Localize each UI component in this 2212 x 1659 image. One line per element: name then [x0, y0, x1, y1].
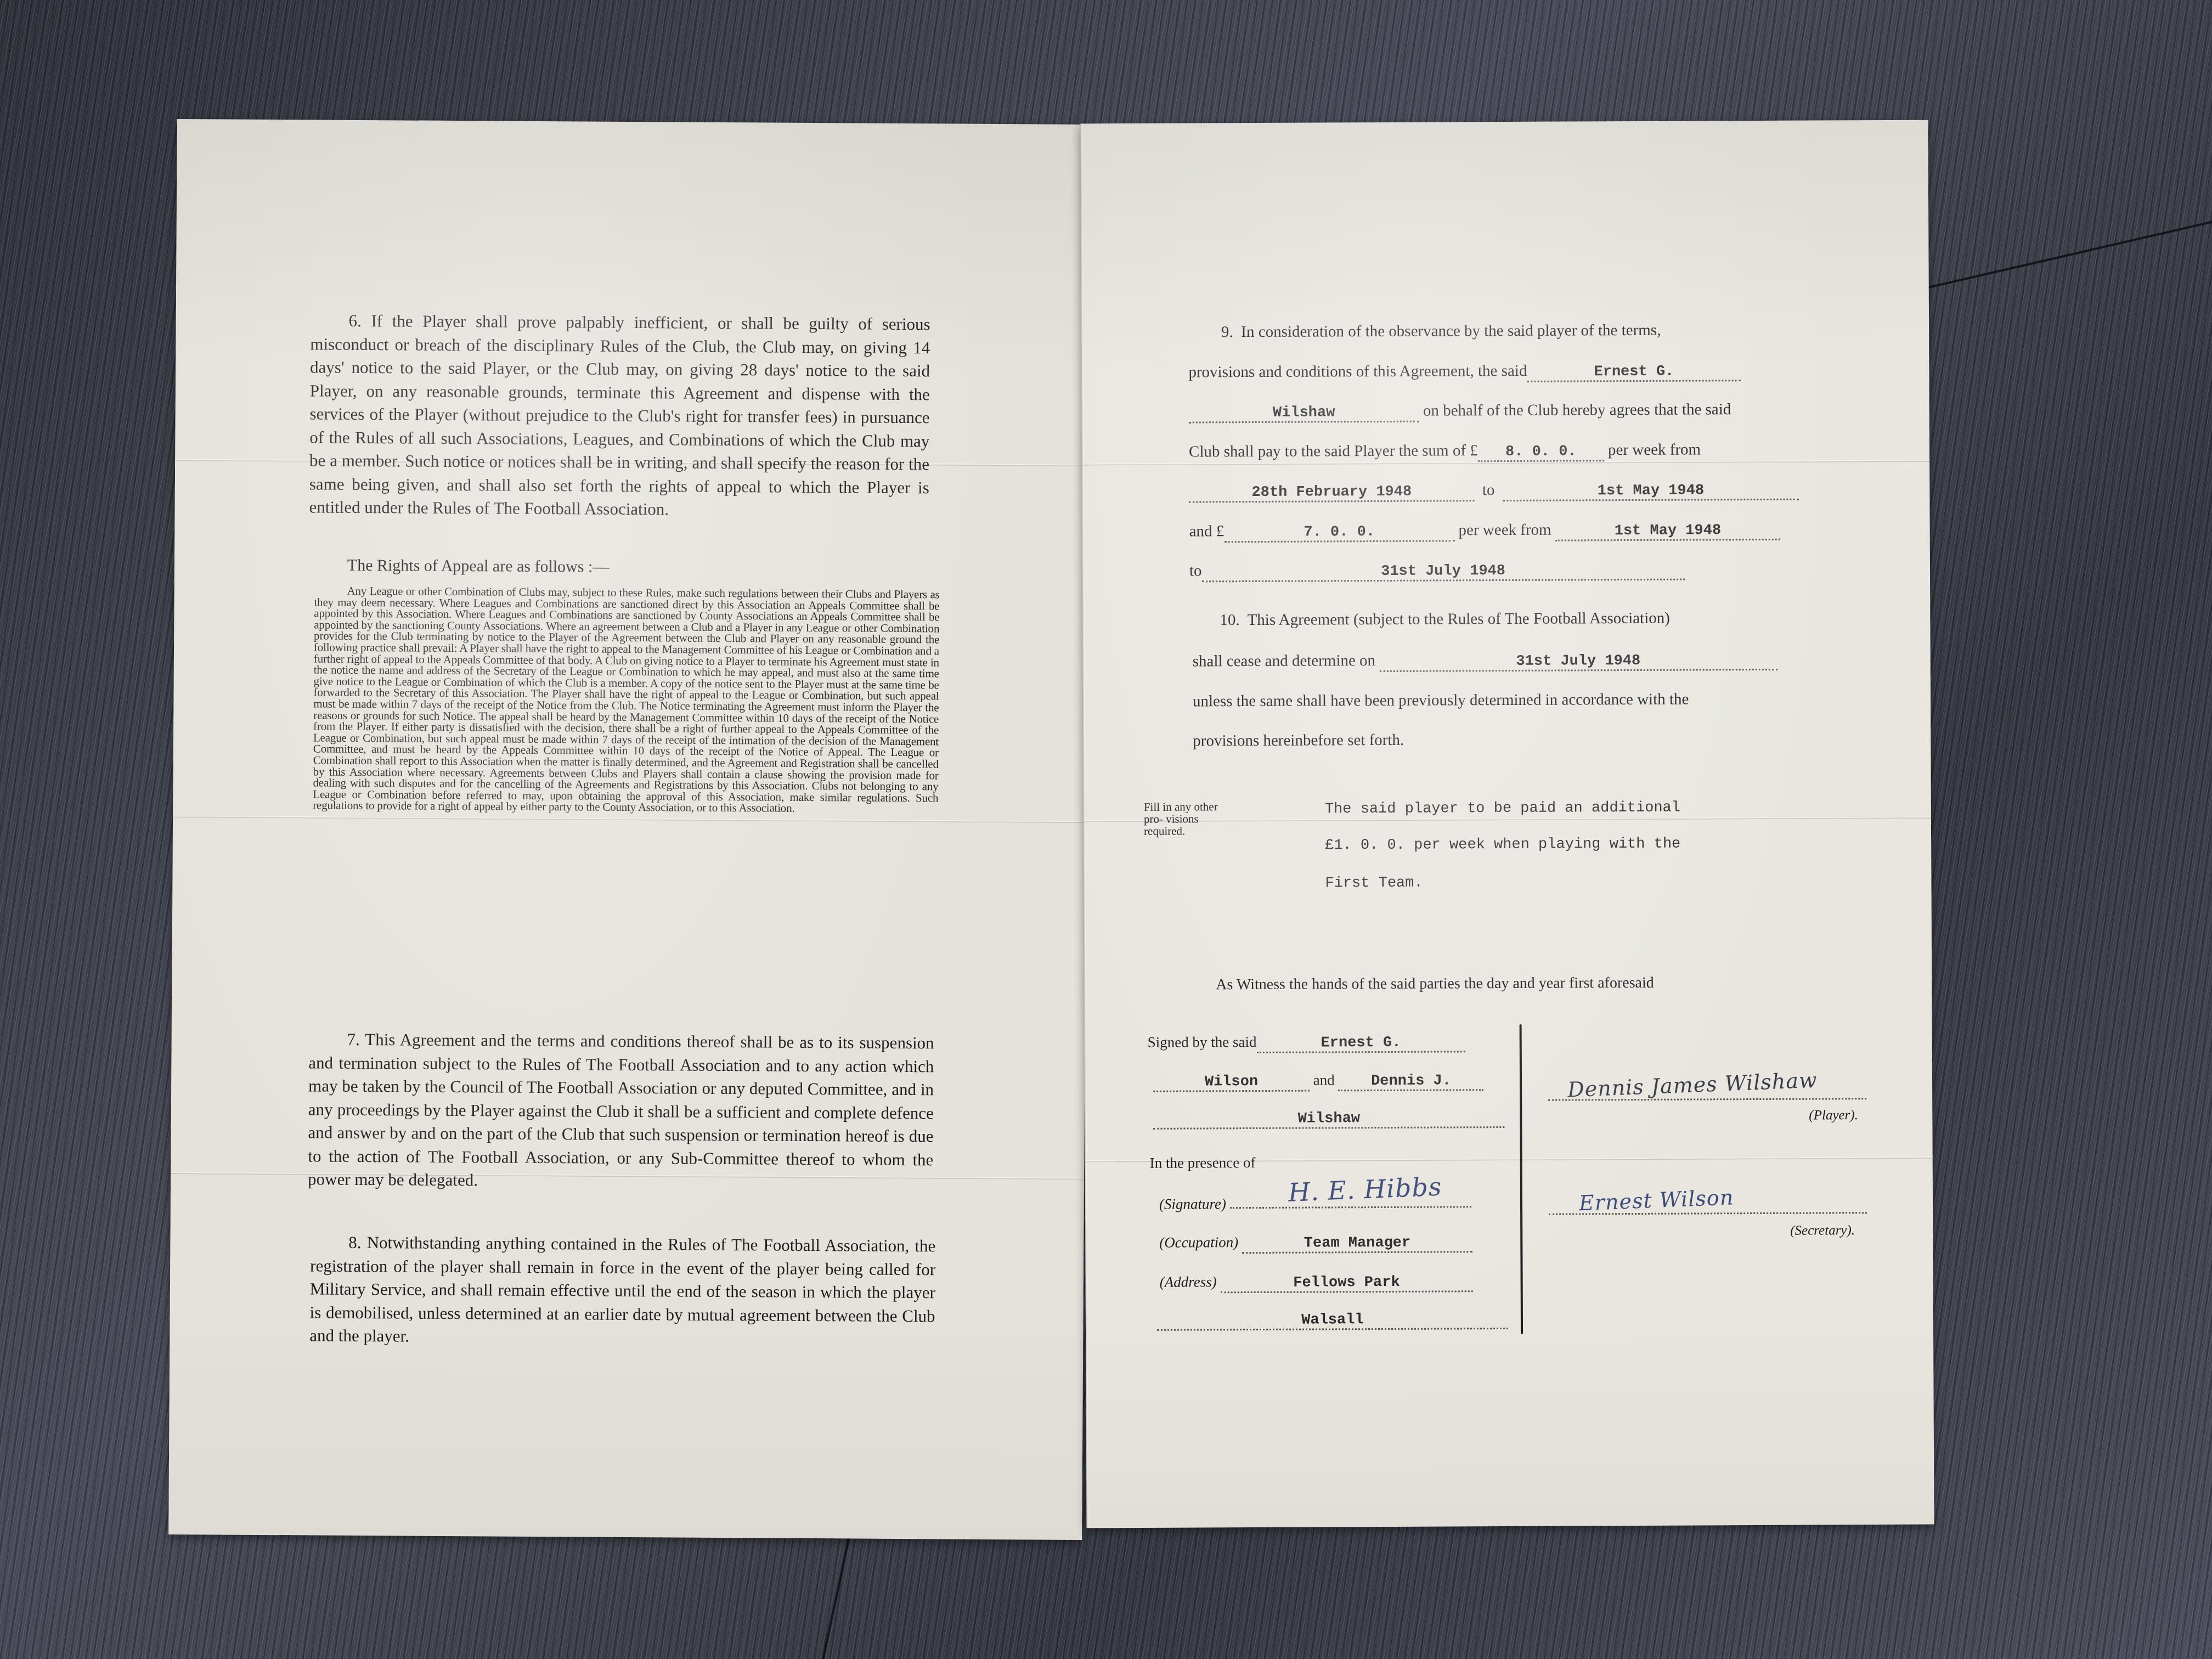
occupation-label: (Occupation) [1159, 1234, 1238, 1251]
address-line-2: Walsall [1157, 1310, 1508, 1331]
period-1-from-date: 28th February 1948 [1251, 484, 1412, 501]
wage-2-value: 7. 0. 0. [1304, 524, 1375, 541]
end-date-field: 31st July 1948 [1379, 650, 1777, 672]
witness-signature-field [1230, 1206, 1471, 1209]
clause-7: 7. This Agreement and the terms and cond… [308, 1028, 934, 1194]
club-rep-last-name: Wilshaw [1273, 404, 1335, 421]
signature-label: (Signature) [1159, 1195, 1226, 1212]
signatories-line: Wilson and Dennis J. [1153, 1071, 1484, 1092]
player-role-label: (Player). [1809, 1108, 1858, 1123]
clause-6: 6. If the Player shall prove palpably in… [309, 309, 930, 522]
floor-plank-seam [1909, 205, 2212, 293]
occupation-line: (Occupation) Team Manager [1159, 1233, 1472, 1254]
witness-signature: H. E. Hibbs [1288, 1172, 1442, 1207]
rights-of-appeal-text: Any League or other Combination of Clubs… [313, 585, 939, 815]
clause-9-text: on behalf of the Club hereby agrees that… [1423, 400, 1731, 419]
clause-9-line-2: provisions and conditions of this Agreem… [1188, 361, 1741, 383]
occupation-value: Team Manager [1304, 1235, 1411, 1252]
clause-10-line-4: provisions hereinbefore set forth. [1193, 731, 1404, 751]
other-provisions-line-1: The said player to be paid an additional [1325, 800, 1680, 818]
clause-9-line-4: Club shall pay to the said Player the su… [1189, 441, 1701, 463]
clause-9-text: to [1482, 481, 1495, 499]
address-line-2-value: Walsall [1301, 1312, 1364, 1328]
clause-8-text: Notwithstanding anything contained in th… [309, 1233, 935, 1345]
secretary-signature: Ernest Wilson [1578, 1185, 1734, 1215]
signing-bracket [1520, 1024, 1523, 1334]
clause-10-line-3: unless the same shall have been previous… [1193, 691, 1689, 711]
clause-9-text: per week from [1608, 441, 1701, 459]
clause-8: 8. Notwithstanding anything contained in… [309, 1231, 935, 1351]
and-label: and [1313, 1071, 1335, 1088]
clause-7-text: This Agreement and the terms and conditi… [308, 1030, 934, 1189]
clause-10-number: 10. [1220, 611, 1239, 629]
presence-label: In the presence of [1150, 1154, 1256, 1172]
period-1-to-date: 1st May 1948 [1598, 482, 1705, 499]
period-1-from-field: 28th February 1948 [1189, 481, 1474, 503]
club-rep-first-field: Ernest G. [1527, 361, 1741, 382]
address-field-2: Walsall [1157, 1310, 1508, 1331]
wage-1-field: 8. 0. 0. [1478, 441, 1604, 462]
signatory-2-last-field: Wilshaw [1153, 1108, 1504, 1130]
document-page-right: 9. In consideration of the observance by… [1080, 120, 1934, 1528]
clause-9-number: 9. [1221, 323, 1233, 341]
club-rep-last-field: Wilshaw [1189, 402, 1419, 424]
signed-by-label: Signed by the said [1148, 1034, 1257, 1051]
wage-1-value: 8. 0. 0. [1505, 443, 1577, 460]
other-provisions-label: Fill in any other pro- visions required. [1144, 800, 1221, 837]
other-provisions-line-2: £1. 0. 0. per week when playing with the [1325, 836, 1680, 854]
signatory-2-first-name: Dennis J. [1371, 1073, 1451, 1090]
signatory-2-last-name: Wilshaw [1298, 1110, 1361, 1127]
clause-9-line-3: Wilshaw on behalf of the Club hereby agr… [1189, 400, 1731, 423]
wage-2-field: 7. 0. 0. [1224, 521, 1454, 543]
clause-6-number: 6. [349, 311, 362, 330]
clause-9-line-7: to31st July 1948 [1189, 560, 1685, 583]
fold-crease [173, 816, 1086, 823]
clause-9-text: to [1189, 562, 1202, 579]
period-2-from-field: 1st May 1948 [1555, 520, 1780, 541]
clause-10-text: This Agreement (subject to the Rules of … [1248, 610, 1670, 629]
clause-9-text: In consideration of the observance by th… [1241, 321, 1661, 341]
signatory-1-last-field: Wilson [1153, 1072, 1310, 1092]
document-page-left: 6. If the Player shall prove palpably in… [168, 119, 1091, 1540]
witness-line: As Witness the hands of the said parties… [1216, 974, 1654, 994]
signatory-1-last-name: Wilson [1205, 1074, 1258, 1090]
address-line-1-value: Fellows Park [1293, 1274, 1400, 1291]
clause-9-line-1: 9. In consideration of the observance by… [1221, 321, 1661, 341]
secretary-role-label: (Secretary). [1790, 1223, 1855, 1239]
end-date-value: 31st July 1948 [1516, 653, 1640, 670]
period-2-to-date: 31st July 1948 [1381, 563, 1505, 580]
period-2-from-date: 1st May 1948 [1615, 522, 1722, 539]
clause-8-number: 8. [348, 1233, 361, 1252]
signatory-1-first-field: Ernest G. [1256, 1032, 1465, 1053]
rights-of-appeal-heading: The Rights of Appeal are as follows :— [347, 556, 610, 577]
clause-9-text: provisions and conditions of this Agreem… [1188, 362, 1527, 381]
clause-6-text: If the Player shall prove palpably ineff… [309, 311, 930, 518]
period-1-to-field: 1st May 1948 [1503, 480, 1799, 501]
clause-10-text: shall cease and determine on [1193, 652, 1375, 670]
occupation-field: Team Manager [1242, 1233, 1472, 1254]
clause-9-text: and £ [1189, 522, 1224, 540]
clause-7-number: 7. [347, 1030, 360, 1049]
address-line-1: (Address) Fellows Park [1160, 1272, 1473, 1293]
address-field-1: Fellows Park [1220, 1272, 1472, 1293]
address-label: (Address) [1160, 1273, 1217, 1290]
period-2-to-field: 31st July 1948 [1201, 560, 1684, 583]
signatory-2-first-field: Dennis J. [1338, 1071, 1483, 1091]
signatory-1-first-name: Ernest G. [1321, 1035, 1401, 1052]
clause-9-line-5: 28th February 1948 to 1st May 1948 [1189, 480, 1799, 503]
clause-9-text: per week from [1458, 521, 1551, 539]
clause-9-text: Club shall pay to the said Player the su… [1189, 442, 1478, 460]
clause-10-line-2: shall cease and determine on 31st July 1… [1193, 650, 1778, 673]
other-provisions-line-3: First Team. [1325, 875, 1423, 892]
signed-by-line: Signed by the saidErnest G. [1148, 1032, 1465, 1054]
clause-9-line-6: and £7. 0. 0. per week from 1st May 1948 [1189, 520, 1780, 543]
club-rep-first-name: Ernest G. [1594, 364, 1674, 381]
signatory-2-last-line: Wilshaw [1153, 1108, 1504, 1130]
clause-10-line-1: 10. This Agreement (subject to the Rules… [1220, 610, 1670, 630]
player-signature: Dennis James Wilshaw [1567, 1068, 1818, 1102]
